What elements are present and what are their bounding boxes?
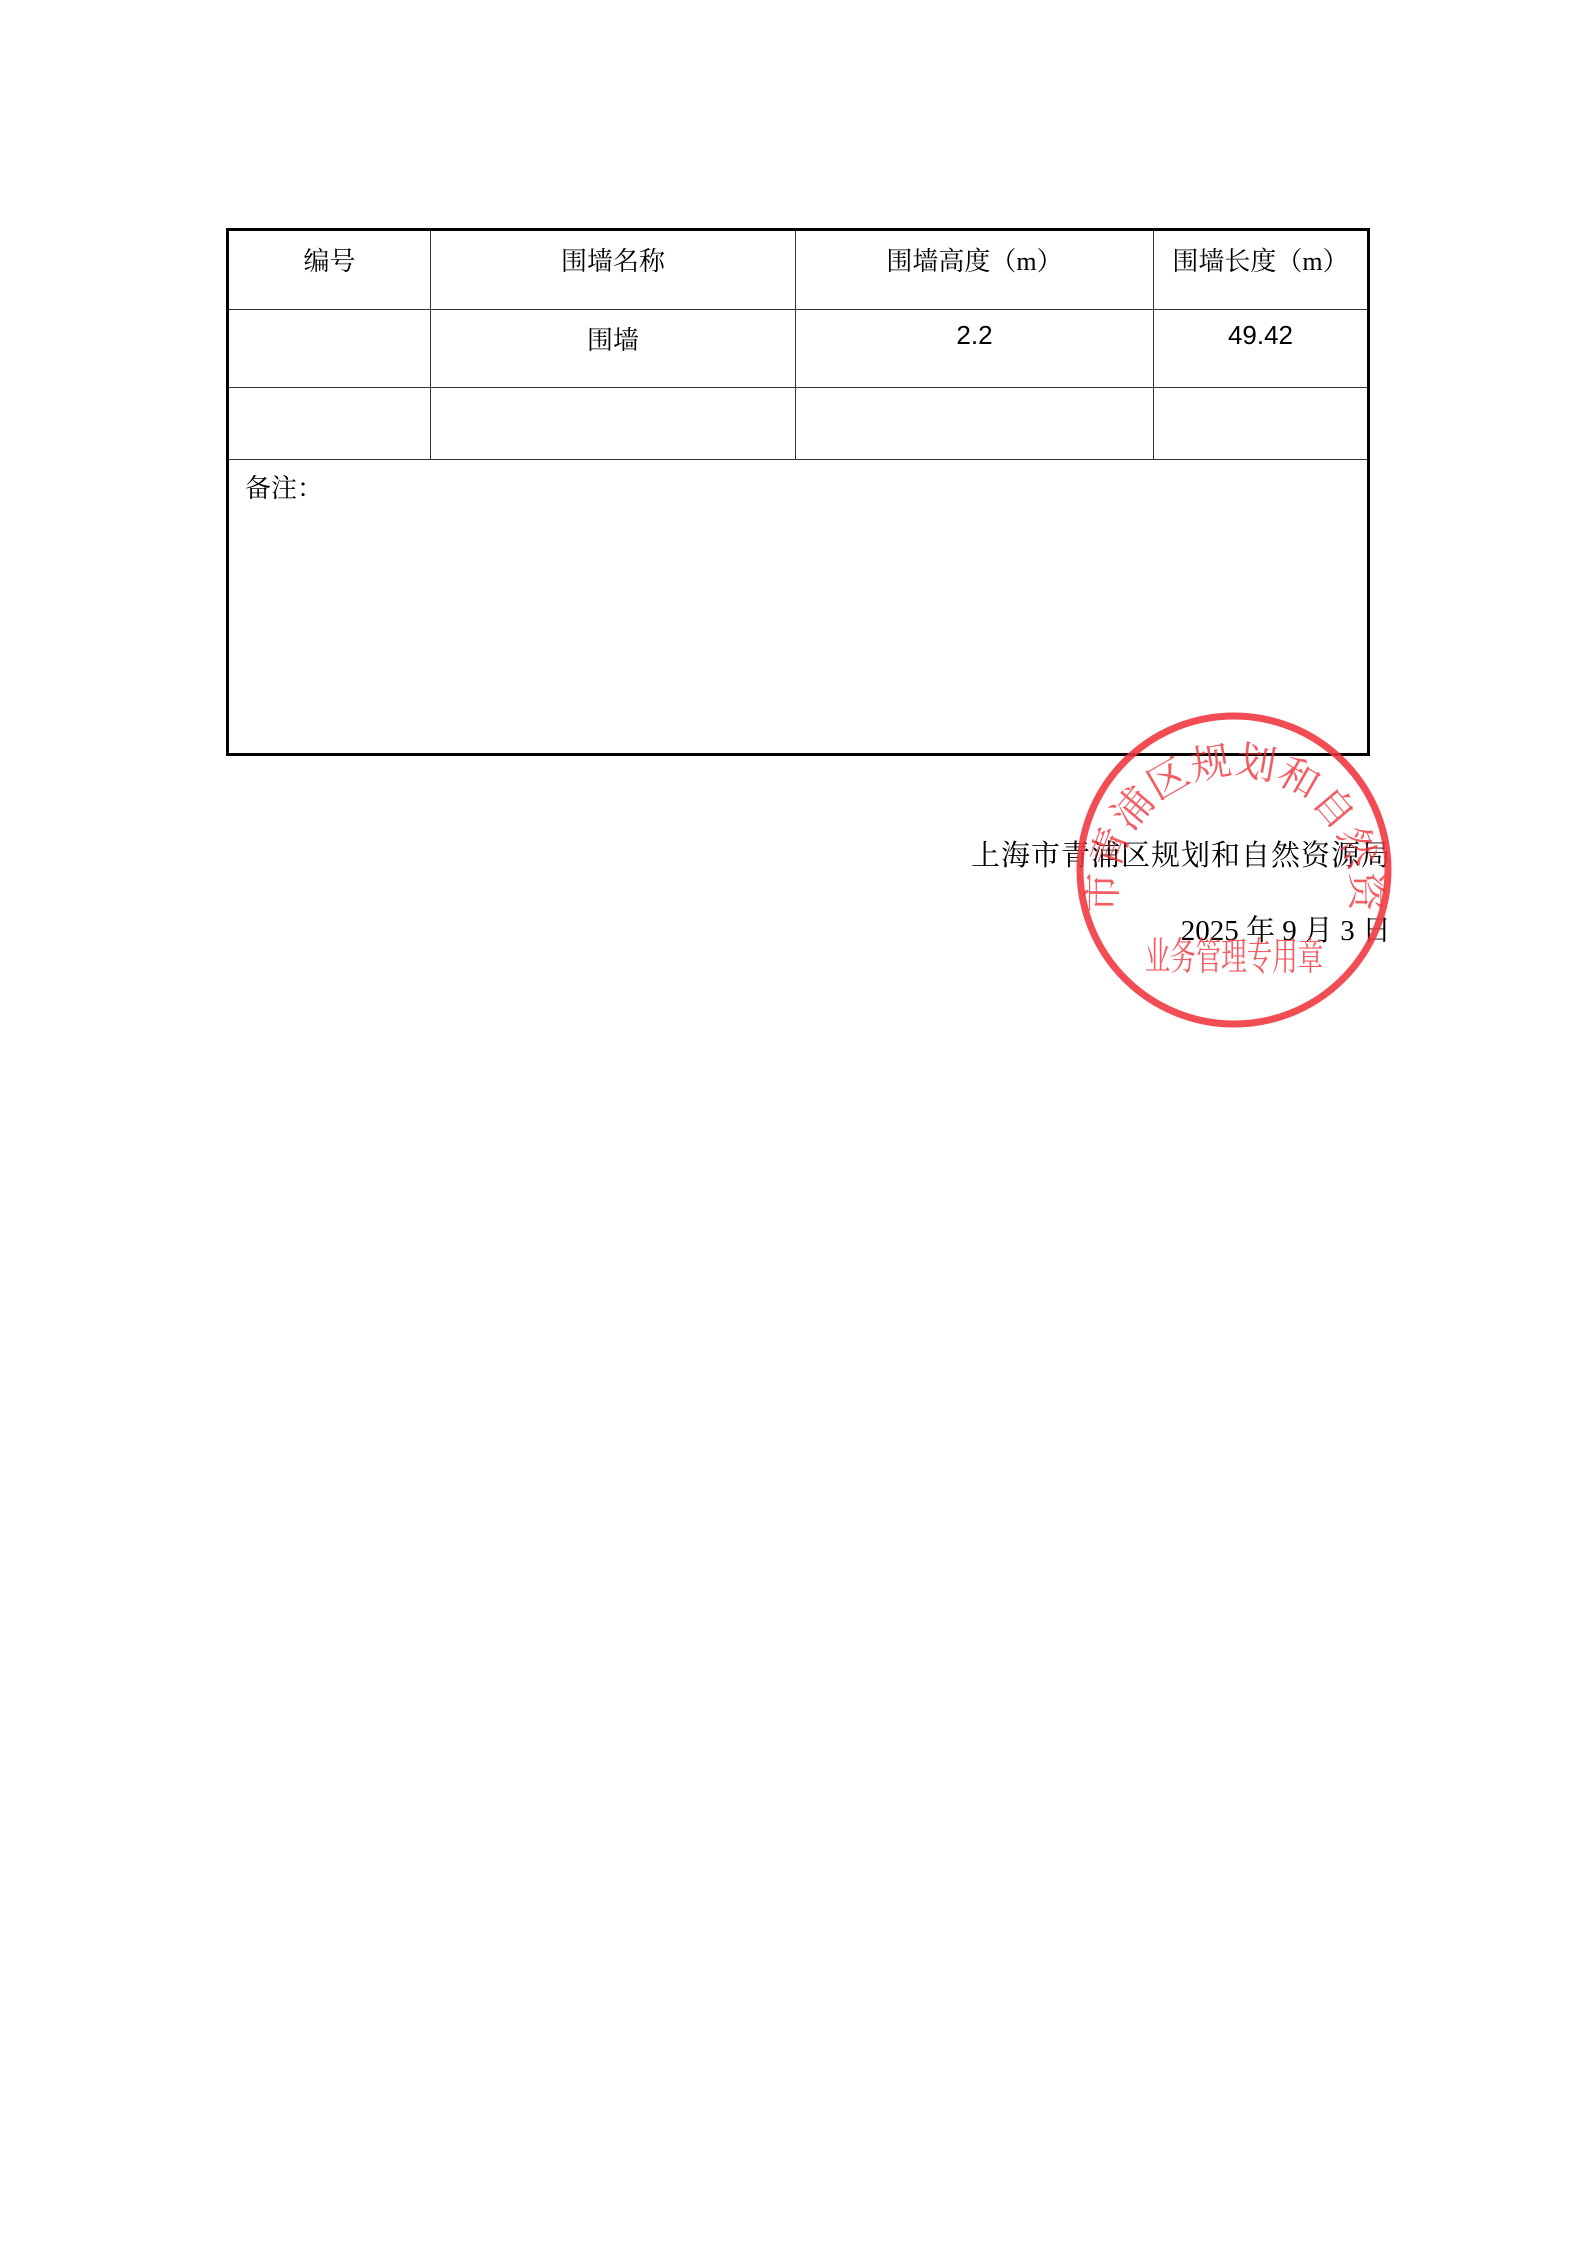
issuing-authority: 上海市青浦区规划和自然资源局 xyxy=(971,833,1391,874)
remarks-label: 备注： xyxy=(245,468,323,505)
cell-wall-height: 2.2 xyxy=(796,310,1154,387)
header-wall-length: 围墙长度（m） xyxy=(1154,231,1367,309)
document-page: 编号 围墙名称 围墙高度（m） 围墙长度（m） 围墙 2.2 49.42 备注：… xyxy=(0,0,1588,2245)
wall-info-table: 编号 围墙名称 围墙高度（m） 围墙长度（m） 围墙 2.2 49.42 备注： xyxy=(226,228,1370,756)
header-id: 编号 xyxy=(229,231,431,309)
cell-wall-height xyxy=(796,388,1154,459)
issue-date: 2025 年 9 月 3 日 xyxy=(1181,908,1391,949)
cell-wall-length: 49.42 xyxy=(1154,310,1367,387)
table-row: 围墙 2.2 49.42 xyxy=(229,310,1367,388)
table-row xyxy=(229,388,1367,460)
table-header-row: 编号 围墙名称 围墙高度（m） 围墙长度（m） xyxy=(229,231,1367,310)
header-wall-height: 围墙高度（m） xyxy=(796,231,1154,309)
cell-wall-name: 围墙 xyxy=(431,310,796,387)
cell-id xyxy=(229,310,431,387)
cell-wall-length xyxy=(1154,388,1367,459)
remarks-section: 备注： xyxy=(229,460,1367,753)
cell-wall-name xyxy=(431,388,796,459)
cell-id xyxy=(229,388,431,459)
header-wall-name: 围墙名称 xyxy=(431,231,796,309)
